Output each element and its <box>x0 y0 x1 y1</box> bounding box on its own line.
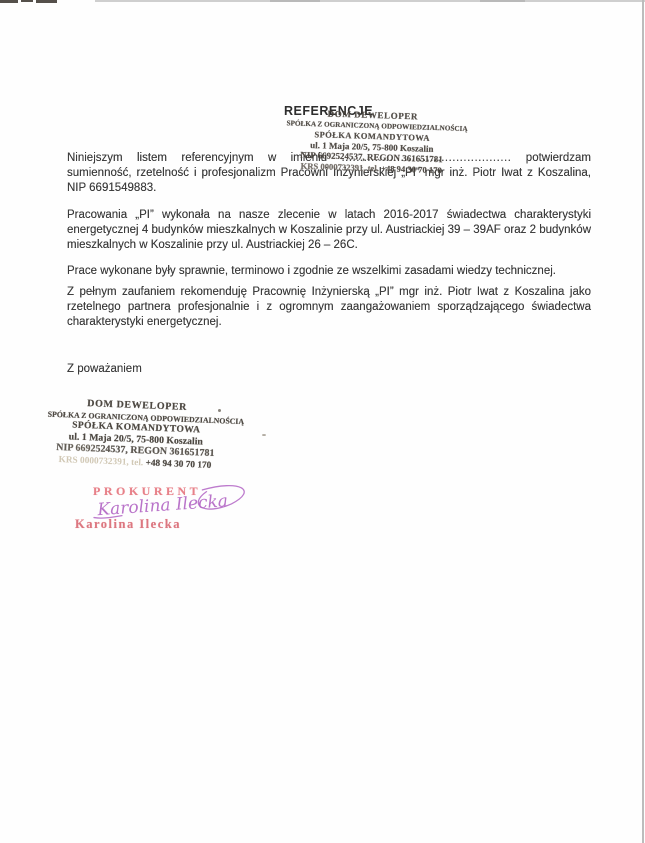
stamp-krs: KRS 0000732391, tel. <box>300 161 379 173</box>
stamp-phone: +48 94 30 70 170 <box>145 458 211 471</box>
scan-speck <box>262 434 266 436</box>
paragraph-3: Prace wykonane były sprawnie, terminowo … <box>67 264 591 279</box>
stamp-krs: KRS 0000732391, tel. <box>58 455 143 468</box>
scan-artifact-top-line <box>95 0 645 2</box>
scan-artifact-right-line <box>642 0 644 843</box>
scan-artifact-top-left <box>0 0 18 3</box>
handwritten-signature: Karolina Ilecka <box>92 487 267 535</box>
paragraph-4: Z pełnym zaufaniem rekomenduję Pracownię… <box>67 285 591 330</box>
stamp-phone: +48 94 30 70 170 <box>381 163 442 175</box>
paragraph-2: Pracowania „PI” wykonała na nasze zlecen… <box>67 208 591 253</box>
company-stamp-bottom: DOM DEWELOPER SPÓŁKA Z OGRANICZONĄ ODPOW… <box>46 397 227 473</box>
scan-artifact-top-left <box>36 0 57 3</box>
closing-salutation: Z poważaniem <box>67 362 591 377</box>
scan-artifact-top-line <box>480 0 525 2</box>
scanned-reference-letter: REFERENCJE DOM DEWELOPER SPÓŁKA Z OGRANI… <box>0 0 645 843</box>
scan-artifact-top-left <box>21 0 33 2</box>
letter-body: Niniejszym listem referencyjnym w imieni… <box>67 151 591 377</box>
scan-artifact-top-line <box>270 0 320 2</box>
company-stamp-top: DOM DEWELOPER SPÓŁKA Z OGRANICZONĄ ODPOW… <box>285 107 459 176</box>
